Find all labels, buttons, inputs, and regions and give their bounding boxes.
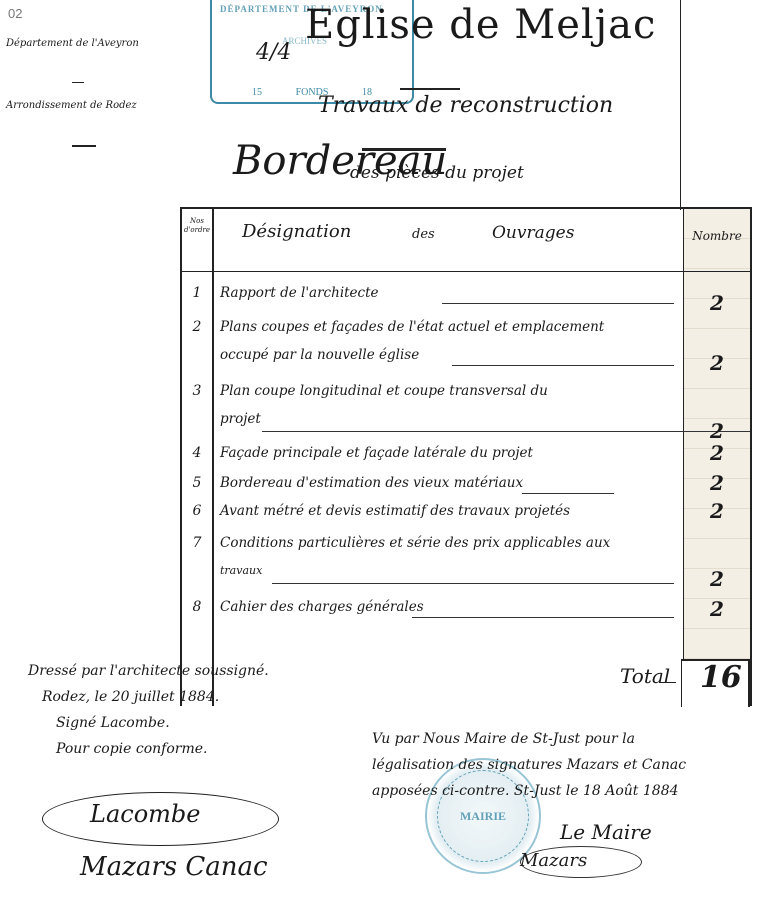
- table-row: 8 Cahier des charges générales: [182, 593, 684, 623]
- row-quantity: 2: [684, 351, 750, 375]
- certification-line: Pour copie conforme.: [28, 736, 328, 762]
- document-title: Eglise de Meljac: [305, 2, 656, 48]
- divider: [362, 148, 446, 151]
- header-quantity: Nombre: [690, 229, 744, 243]
- divider: [182, 271, 684, 272]
- row-quantity: 2: [684, 419, 750, 443]
- row-number: 3: [182, 383, 212, 399]
- visa-block: Vu par Nous Maire de St-Just pour la lég…: [372, 726, 772, 804]
- table-row: 7 Conditions particulières et série des …: [182, 529, 684, 589]
- document-subtitle: Travaux de reconstruction: [318, 93, 613, 118]
- fill-line: [522, 493, 614, 494]
- row-number: 5: [182, 475, 212, 491]
- row-description: Plans coupes et façades de l'état actuel…: [220, 315, 674, 339]
- fill-line: [442, 303, 674, 304]
- margin-line: [680, 0, 681, 210]
- row-description: Avant métré et devis estimatif des trava…: [220, 499, 674, 523]
- row-description: Façade principale et façade latérale du …: [220, 441, 674, 465]
- fill-line: [452, 365, 674, 366]
- row-description: Bordereau d'estimation des vieux matéria…: [220, 471, 674, 495]
- visa-line: légalisation des signatures Mazars et Ca…: [372, 752, 772, 778]
- divider: [660, 682, 676, 683]
- document-heading-sub: des pièces du projet: [350, 163, 524, 183]
- certification-line: Signé Lacombe.: [28, 710, 328, 736]
- pieces-table: Nos d'ordre Désignation des Ouvrages Nom…: [180, 207, 752, 706]
- row-number: 8: [182, 599, 212, 615]
- divider: [72, 145, 96, 147]
- divider: [72, 82, 84, 83]
- visa-line: Vu par Nous Maire de St-Just pour la: [372, 726, 772, 752]
- certification-line: Dressé par l'architecte soussigné.: [28, 658, 328, 684]
- signature-architect: Lacombe: [90, 800, 200, 828]
- row-quantity: 2: [684, 471, 750, 495]
- arrondissement-label: Arrondissement de Rodez: [6, 100, 137, 111]
- table-row: 5 Bordereau d'estimation des vieux matér…: [182, 471, 684, 499]
- table-row: 4 Façade principale et façade latérale d…: [182, 441, 684, 469]
- fill-line: [272, 583, 674, 584]
- reference-number: 4/4: [256, 40, 291, 65]
- row-description-cont: occupé par la nouvelle église: [220, 343, 674, 367]
- fill-line: [262, 431, 750, 432]
- table-row: 3 Plan coupe longitudinal et coupe trans…: [182, 377, 684, 437]
- row-description: Plan coupe longitudinal et coupe transve…: [220, 379, 674, 403]
- row-number: 2: [182, 319, 212, 335]
- row-number: 4: [182, 445, 212, 461]
- certification-line: Rodez, le 20 juillet 1884.: [28, 684, 328, 710]
- table-row: 1 Rapport de l'architecte: [182, 279, 684, 309]
- certification-block: Dressé par l'architecte soussigné. Rodez…: [28, 658, 328, 762]
- row-number: 1: [182, 285, 212, 301]
- row-quantity: 2: [684, 567, 750, 591]
- divider: [400, 88, 460, 90]
- header-designation: Désignation: [242, 221, 351, 242]
- row-description: Rapport de l'architecte: [220, 281, 674, 305]
- mayor-title: Le Maire: [560, 820, 652, 844]
- signature-mazars-canac: Mazars Canac: [80, 852, 268, 882]
- divider: [684, 271, 750, 272]
- fill-line: [412, 617, 674, 618]
- row-quantity: 2: [684, 291, 750, 315]
- table-row: 6 Avant métré et devis estimatif des tra…: [182, 499, 684, 527]
- row-description-cont: projet: [220, 407, 674, 431]
- department-label: Département de l'Aveyron: [6, 38, 139, 49]
- header-ouvrages: Ouvrages: [492, 223, 574, 243]
- visa-line: apposées ci-contre. St-Just le 18 Août 1…: [372, 778, 772, 804]
- header-number: Nos d'ordre: [184, 217, 210, 235]
- row-quantity: 2: [684, 441, 750, 465]
- row-number: 7: [182, 535, 212, 551]
- stamp-bottom-left: 15: [252, 87, 262, 98]
- total-label: Total: [620, 664, 670, 688]
- row-quantity: 2: [684, 597, 750, 621]
- page-number: 02: [8, 6, 22, 21]
- signature-mayor: Mazars: [520, 850, 587, 871]
- row-description: Conditions particulières et série des pr…: [220, 531, 674, 555]
- row-number: 6: [182, 503, 212, 519]
- row-description-cont: travaux: [220, 559, 674, 583]
- table-row: 2 Plans coupes et façades de l'état actu…: [182, 313, 684, 373]
- row-description: Cahier des charges générales: [220, 595, 674, 619]
- row-quantity: 2: [684, 499, 750, 523]
- header-des: des: [412, 227, 435, 242]
- total-value: 16: [700, 660, 742, 695]
